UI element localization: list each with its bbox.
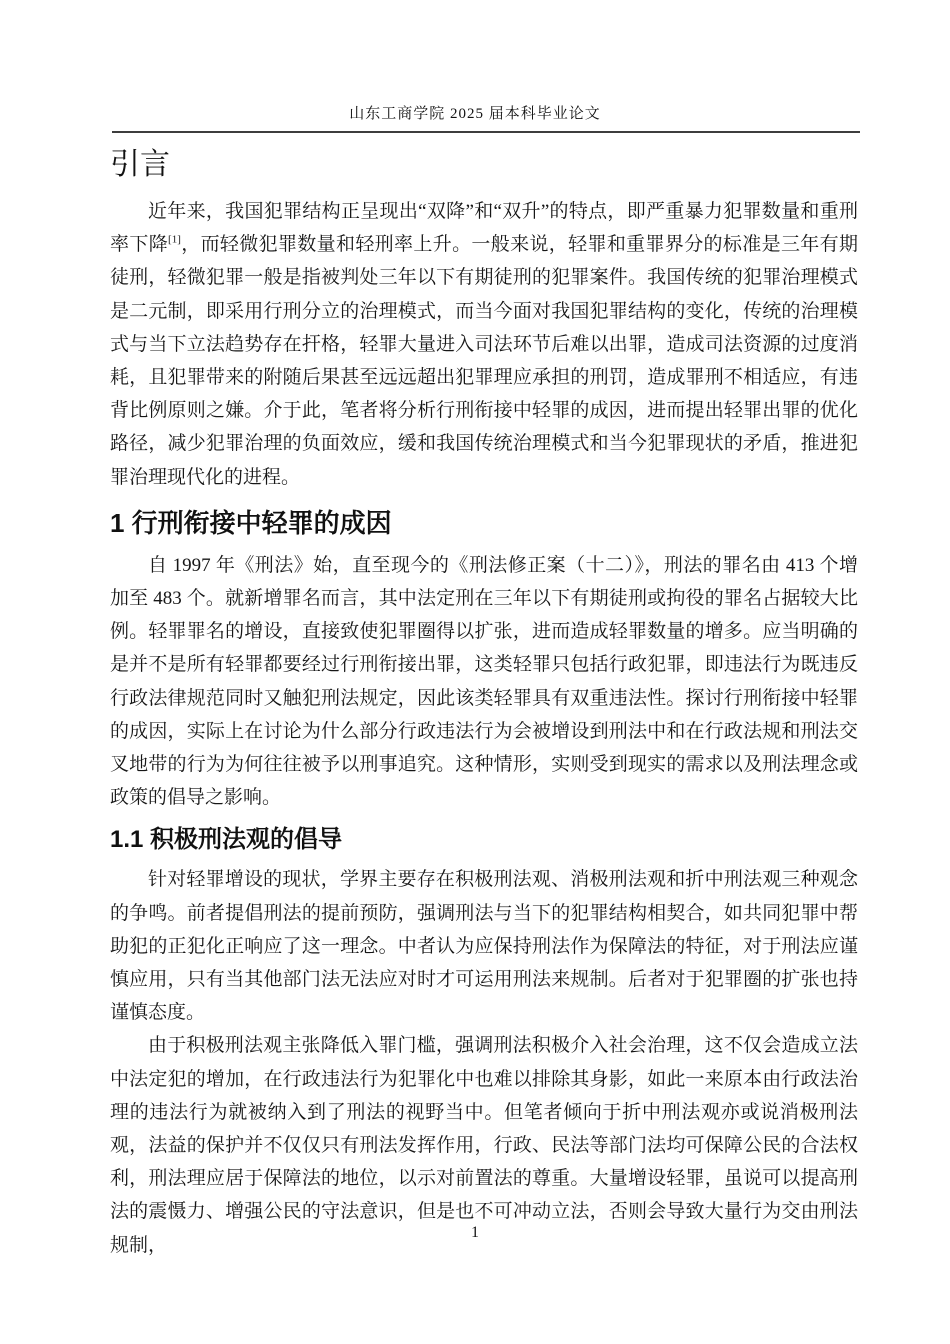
thesis-page: 山东工商学院 2025 届本科毕业论文 引言 近年来，我国犯罪结构正呈现出“双降… xyxy=(0,0,950,1344)
section-1-paragraph: 自 1997 年《刑法》始，直至现今的《刑法修正案（十二）》，刑法的罪名由 41… xyxy=(110,549,858,815)
intro-paragraph: 近年来，我国犯罪结构正呈现出“双降”和“双升”的特点，即严重暴力犯罪数量和重刑率… xyxy=(110,195,858,494)
chapter-title-introduction: 引言 xyxy=(110,144,858,186)
page-number: 1 xyxy=(0,1224,950,1242)
running-header: 山东工商学院 2025 届本科毕业论文 xyxy=(0,102,950,123)
section-1-1-heading: 1.1 积极刑法观的倡导 xyxy=(110,824,858,856)
intro-text-after-ref: ，而轻微犯罪数量和轻刑率上升。一般来说，轻罪和重罪界分的标准是三年有期徒刑，轻微… xyxy=(110,234,858,487)
footnote-ref-1: [1] xyxy=(168,234,181,246)
section-1-heading: 1 行刑衔接中轻罪的成因 xyxy=(110,506,858,540)
section-1-1-paragraph-1: 针对轻罪增设的现状，学界主要存在积极刑法观、消极刑法观和折中刑法观三种观念的争鸣… xyxy=(110,863,858,1029)
header-rule xyxy=(112,131,860,133)
page-content: 引言 近年来，我国犯罪结构正呈现出“双降”和“双升”的特点，即严重暴力犯罪数量和… xyxy=(110,144,858,1262)
